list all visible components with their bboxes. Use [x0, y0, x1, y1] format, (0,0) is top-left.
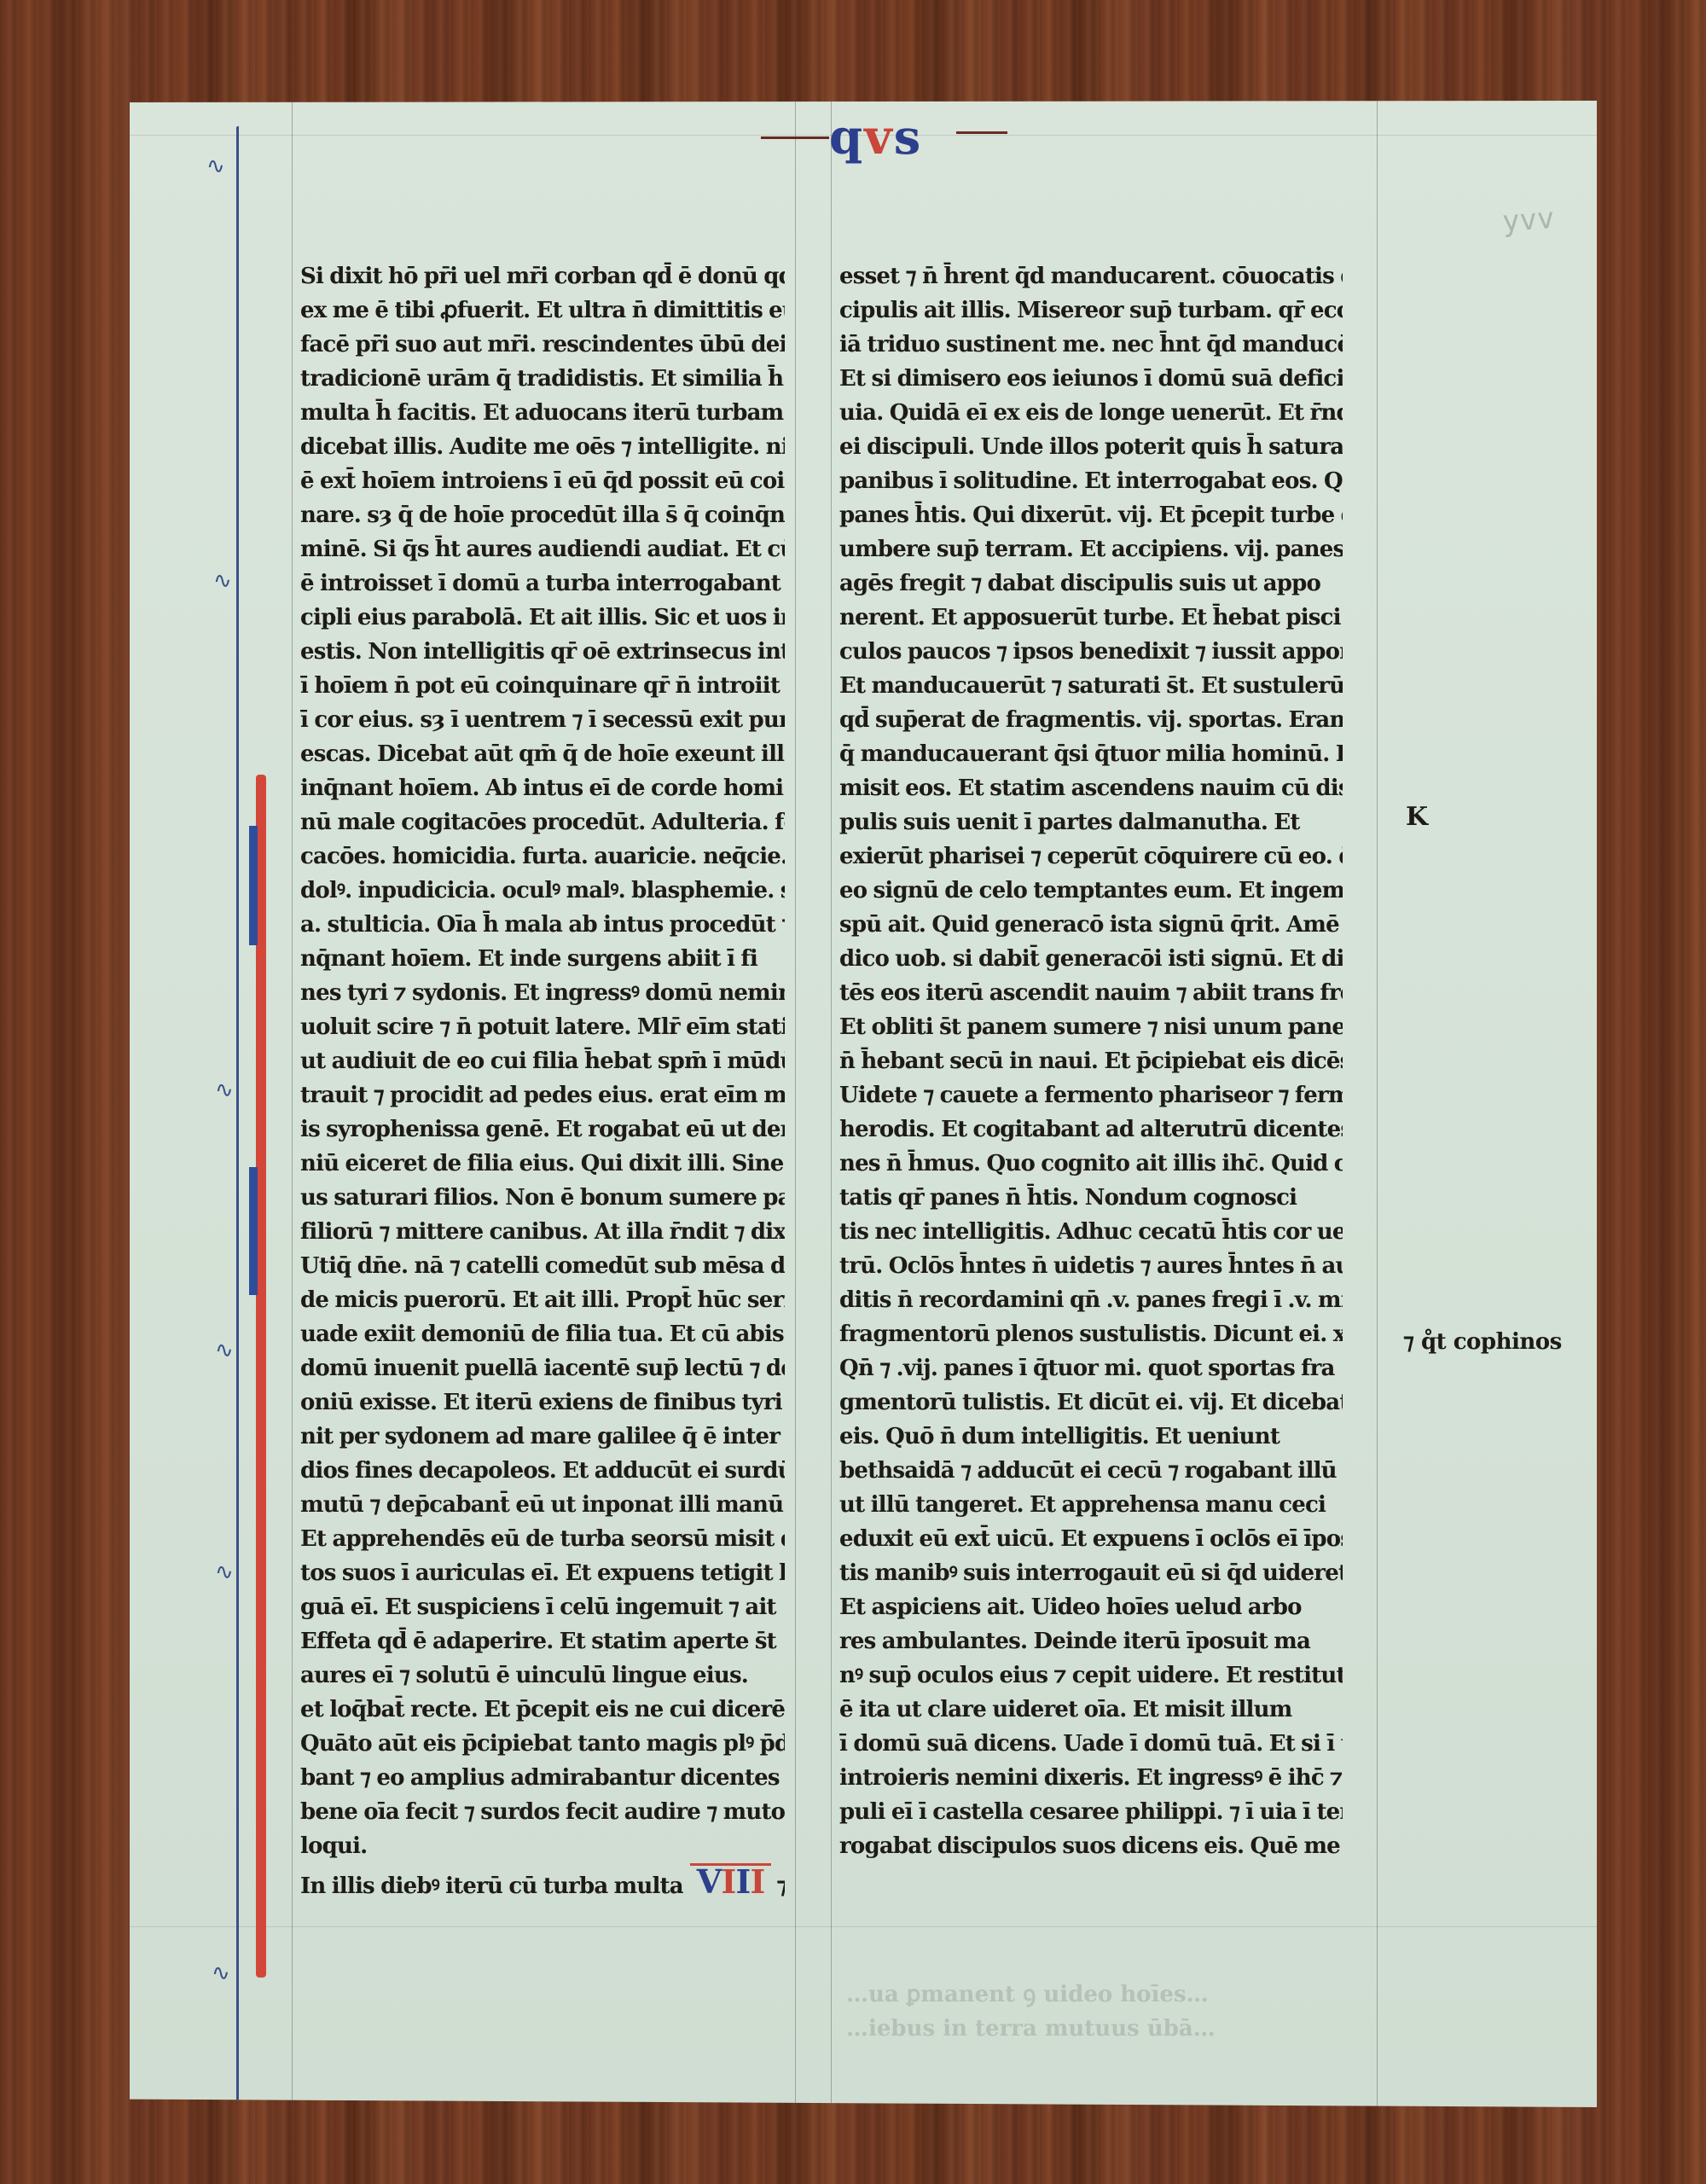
manuscript-text-line: ē introisset ī domū a turba interrogaban…: [300, 566, 785, 601]
manuscript-text-line: Utiq̄ dn̄e. nā ⁊ catelli comedūt sub mēs…: [300, 1249, 785, 1283]
manuscript-text-line: spū ait. Quid generacō ista signū q̄rit.…: [839, 908, 1343, 942]
manuscript-text-line: guā eī. Et suspiciens ī celū ingemuit ⁊ …: [300, 1590, 785, 1624]
ruling-line: [130, 1926, 1597, 1927]
manuscript-text-line: Si dixit hō pr̄i uel mr̄i corban qd̄ ē d…: [300, 259, 785, 293]
manuscript-text-line: Effeta qd̄ ē adaperire. Et statim aperte…: [300, 1624, 785, 1658]
manuscript-text-line: nꝰ sup̄ oculos eius ⁊ cepit uidere. Et r…: [839, 1658, 1343, 1693]
manuscript-text-line: et loq̄bat̄ recte. Et p̄cepit eis ne cui…: [300, 1693, 785, 1727]
filigree-curl-icon: ∿: [215, 1338, 234, 1363]
filigree-curl-icon: ∿: [206, 154, 225, 179]
manuscript-text-line: uia. Quidā eī ex eis de longe uenerūt. E…: [839, 396, 1343, 430]
manuscript-text-line: iā triduo sustinent me. nec h̄nt q̄d man…: [839, 328, 1343, 362]
manuscript-text-line: cacōes. homicidia. furta. auaricie. neq̄…: [300, 839, 785, 874]
manuscript-text-line: ut illū tangeret. Et apprehensa manu cec…: [839, 1488, 1343, 1522]
penwork-filigree: [236, 126, 242, 2123]
manuscript-text-line: nerent. Et apposuerūt turbe. Et h̄ebat p…: [839, 601, 1343, 635]
show-through-line: …ua ꝑmanent ꝯ uideo hoīes…: [846, 1978, 1324, 2012]
manuscript-text-line: misit eos. Et statim ascendens nauim cū …: [839, 771, 1343, 805]
manuscript-text-line: dolꝰ. inpudicicia. oculꝰ malꝰ. blasphemi…: [300, 874, 785, 908]
show-through-line: …iebus in terra mutuus ūbā…: [846, 2012, 1324, 2046]
manuscript-text-line: pulis suis uenit ī partes dalmanutha. Et: [839, 805, 1343, 839]
manuscript-text-line: tatis qr̄ panes n̄ h̄tis. Nondum cognosc…: [839, 1181, 1343, 1215]
manuscript-text-line: ē ext̄ hoīem introiens ī eū q̄d possit e…: [300, 464, 785, 498]
manuscript-text-line: introieris nemini dixeris. Et ingressꝰ ē…: [839, 1761, 1343, 1795]
manuscript-text-line: cipli eius parabolā. Et ait illis. Sic e…: [300, 601, 785, 635]
manuscript-text-line: herodis. Et cogitabant ad alterutrū dice…: [839, 1112, 1343, 1147]
manuscript-text-line: inq̄nant hoīem. Ab intus eī de corde hom…: [300, 771, 785, 805]
marginal-section-letter: K: [1406, 802, 1428, 832]
manuscript-text-line: trauit ⁊ procidit ad pedes eius. erat eī…: [300, 1078, 785, 1112]
chapter-line-text: In illis diebꝰ iterū cū turba multa: [300, 1873, 683, 1897]
manuscript-text-line: ī hoīem n̄ pot eū coinquinare qr̄ n̄ int…: [300, 669, 785, 703]
manuscript-text-line: dico uob. si dabit̄ generacōi isti signū…: [839, 942, 1343, 976]
manuscript-text-line: Et aspiciens ait. Uideo hoīes uelud arbo: [839, 1590, 1343, 1624]
ruling-line: [831, 101, 832, 2107]
header-letter: v: [864, 109, 894, 166]
manuscript-text-line: rogabat discipulos suos dicens eis. Quē …: [839, 1829, 1343, 1863]
manuscript-text-line: umbere sup̄ terram. Et accipiens. vij. p…: [839, 532, 1343, 566]
manuscript-text-line: panibus ī solitudine. Et interrogabat eo…: [839, 464, 1343, 498]
manuscript-text-line: Et manducauerūt ⁊ saturati s̄t. Et sustu…: [839, 669, 1343, 703]
manuscript-text-line: bene oīa fecit ⁊ surdos fecit audire ⁊ m…: [300, 1795, 785, 1829]
manuscript-text-line: facē pr̄i suo aut mr̄i. rescindentes ūbū…: [300, 328, 785, 362]
manuscript-text-line: Et obliti s̄t panem sumere ⁊ nisi unum p…: [839, 1010, 1343, 1044]
show-through-text: …ua ꝑmanent ꝯ uideo hoīes… …iebus in ter…: [846, 1978, 1324, 2046]
pencil-folio-note: yvv: [1500, 201, 1555, 239]
manuscript-text-line: is syrophenissa genē. Et rogabat eū ut d…: [300, 1112, 785, 1147]
manuscript-text-line: culos paucos ⁊ ipsos benedixit ⁊ iussit …: [839, 635, 1343, 669]
manuscript-text-line: ditis n̄ recordamini qn̄ .v. panes fregi…: [839, 1283, 1343, 1317]
manuscript-text-line: minē. Si q̄s h̄t aures audiendi audiat. …: [300, 532, 785, 566]
manuscript-text-line: nes tyri ⁊ sydonis. Et ingressꝰ domū nem…: [300, 976, 785, 1010]
manuscript-text-line: ē ita ut clare uideret oīa. Et misit ill…: [839, 1693, 1343, 1727]
manuscript-text-line: dios fines decapoleos. Et adducūt ei sur…: [300, 1454, 785, 1488]
manuscript-text-line: q̄ manducauerant q̄si q̄tuor milia homin…: [839, 737, 1343, 771]
text-column-right: esset ⁊ n̄ h̄rent q̄d manducarent. cōuoc…: [839, 259, 1343, 1863]
manuscript-text-line: mutū ⁊ dep̄cabant̄ eū ut inponat illi ma…: [300, 1488, 785, 1522]
manuscript-text-line: niū eiceret de filia eius. Qui dixit ill…: [300, 1147, 785, 1181]
manuscript-text-line: nare. sȝ q̄ de hoīe procedūt illa s̄ q̄ …: [300, 498, 785, 532]
manuscript-text-line: eduxit eū ext̄ uicū. Et expuens ī oclōs …: [839, 1522, 1343, 1556]
manuscript-text-line: us saturari filios. Non ē bonum sumere p…: [300, 1181, 785, 1215]
ruling-line: [292, 101, 293, 2107]
ruling-line: [795, 101, 796, 2107]
manuscript-text-line: Uidete ⁊ cauete a fermento phariseor ⁊ f…: [839, 1078, 1343, 1112]
manuscript-text-line: nq̄nant hoīem. Et inde surgens abiit ī f…: [300, 942, 785, 976]
initial-blue-segment: [249, 1167, 258, 1295]
text-column-left: Si dixit hō pr̄i uel mr̄i corban qd̄ ē d…: [300, 259, 785, 1897]
manuscript-text-line: eo signū de celo temptantes eum. Et inge…: [839, 874, 1343, 908]
manuscript-text-line: fragmentorū plenos sustulistis. Dicunt e…: [839, 1317, 1343, 1351]
ruling-line: [1377, 101, 1378, 2107]
manuscript-text-line: gmentorū tulistis. Et dicūt ei. vij. Et …: [839, 1385, 1343, 1420]
filigree-curl-icon: ∿: [213, 568, 232, 594]
manuscript-text-line: loqui.: [300, 1829, 785, 1863]
manuscript-text-line: nes n̄ h̄mus. Quo cognito ait illis ihc̄…: [839, 1147, 1343, 1181]
manuscript-text-line: puli eī ī castella cesaree philippi. ⁊ ī…: [839, 1795, 1343, 1829]
chapter-line-text: ⁊ loq̄: [776, 1873, 785, 1897]
manuscript-text-line: bethsaidā ⁊ adducūt ei cecū ⁊ rogabant i…: [839, 1454, 1343, 1488]
manuscript-text-line: a. stulticia. Oīa h̄ mala ab intus proce…: [300, 908, 785, 942]
manuscript-text-line: ī cor eius. sȝ ī uentrem ⁊ ī secessū exi…: [300, 703, 785, 737]
manuscript-text-line: esset ⁊ n̄ h̄rent q̄d manducarent. cōuoc…: [839, 259, 1343, 293]
decorated-initial-I: [256, 775, 266, 1978]
manuscript-leaf: q v s yvv ∿ ∿ ∿ ∿ ∿ ∿ Si dixit hō pr̄i u…: [130, 101, 1597, 2107]
manuscript-text-line: panes h̄tis. Qui dixerūt. vij. Et p̄cepi…: [839, 498, 1343, 532]
filigree-curl-icon: ∿: [212, 1960, 230, 1986]
manuscript-text-line: multa h̄ facitis. Et aduocans iterū turb…: [300, 396, 785, 430]
manuscript-text-line: Et si dimisero eos ieiunos ī domū suā de…: [839, 362, 1343, 396]
manuscript-text-line: n̄ h̄ebant secū in naui. Et p̄cipiebat e…: [839, 1044, 1343, 1078]
manuscript-text-line: uade exiit demoniū de filia tua. Et cū a…: [300, 1317, 785, 1351]
manuscript-text-line: Quāto aūt eis p̄cipiebat tanto magis plꝰ…: [300, 1727, 785, 1761]
manuscript-text-line: Et apprehendēs eū de turba seorsū misit …: [300, 1522, 785, 1556]
manuscript-text-line: bant ⁊ eo amplius admirabantur dicentes: [300, 1761, 785, 1795]
manuscript-text-line: trū. Oclōs h̄ntes n̄ uidetis ⁊ aures h̄n…: [839, 1249, 1343, 1283]
filigree-curl-icon: ∿: [215, 1560, 234, 1585]
manuscript-text-line: eis. Quō n̄ dum intelligitis. Et ueniunt: [839, 1420, 1343, 1454]
manuscript-text-line: nū male cogitacōes procedūt. Adulteria. …: [300, 805, 785, 839]
manuscript-text-line: qd̄ sup̄erat de fragmentis. vij. sportas…: [839, 703, 1343, 737]
manuscript-text-line: dicebat illis. Audite me oēs ⁊ intelligi…: [300, 430, 785, 464]
header-letter: q: [829, 109, 864, 166]
marginal-correction: ⁊ q̊t cophinos: [1403, 1329, 1562, 1355]
manuscript-text-line: tēs eos iterū ascendit nauim ⁊ abiit tra…: [839, 976, 1343, 1010]
manuscript-text-line: uoluit scire ⁊ n̄ potuit latere. Mlr̄ eī…: [300, 1010, 785, 1044]
manuscript-text-line: oniū exisse. Et iterū exiens de finibus …: [300, 1385, 785, 1420]
chapter-line: In illis diebꝰ iterū cū turba multaVIII⁊…: [300, 1863, 785, 1897]
initial-blue-segment: [249, 826, 258, 945]
manuscript-text-line: Qn̄ ⁊ .vij. panes ī q̄tuor mi. quot spor…: [839, 1351, 1343, 1385]
manuscript-text-line: cipulis ait illis. Misereor sup̄ turbam.…: [839, 293, 1343, 328]
manuscript-text-line: tis nec intelligitis. Adhuc cecatū h̄tis…: [839, 1215, 1343, 1249]
manuscript-text-line: estis. Non intelligitis qr̄ oē extrinsec…: [300, 635, 785, 669]
manuscript-text-line: aures eī ⁊ solutū ē uinculū lingue eius.: [300, 1658, 785, 1693]
filigree-curl-icon: ∿: [215, 1077, 234, 1103]
header-flourish: [956, 131, 1007, 134]
manuscript-text-line: exierūt pharisei ⁊ ceperūt cōquirere cū …: [839, 839, 1343, 874]
header-flourish: [761, 136, 829, 139]
manuscript-text-line: res ambulantes. Deinde iterū īposuit ma: [839, 1624, 1343, 1658]
manuscript-text-line: escas. Dicebat aūt qm̄ q̄ de hoīe exeunt…: [300, 737, 785, 771]
running-header: q v s: [761, 109, 1007, 169]
manuscript-text-line: ex me ē tibi ꝓfuerit. Et ultra n̄ dimitt…: [300, 293, 785, 328]
manuscript-text-line: domū inuenit puellā iacentē sup̄ lectū ⁊…: [300, 1351, 785, 1385]
manuscript-text-line: agēs fregit ⁊ dabat discipulis suis ut a…: [839, 566, 1343, 601]
manuscript-text-line: tos suos ī auriculas eī. Et expuens teti…: [300, 1556, 785, 1590]
manuscript-text-line: tradicionē urām q̄ tradidistis. Et simil…: [300, 362, 785, 396]
header-letter: s: [894, 109, 923, 166]
manuscript-text-line: nit per sydonem ad mare galilee q̄ ē int…: [300, 1420, 785, 1454]
manuscript-text-line: ut audiuit de eo cui filia h̄ebat spm̄ ī…: [300, 1044, 785, 1078]
manuscript-text-line: de micis puerorū. Et ait illi. Propt̄ hū…: [300, 1283, 785, 1317]
chapter-number: VIII: [690, 1863, 772, 1897]
manuscript-text-line: ī domū suā dicens. Uade ī domū tuā. Et s…: [839, 1727, 1343, 1761]
manuscript-text-line: filiorū ⁊ mittere canibus. At illa r̄ndi…: [300, 1215, 785, 1249]
manuscript-text-line: ei discipuli. Unde illos poterit quis h̄…: [839, 430, 1343, 464]
manuscript-text-line: tis manibꝰ suis interrogauit eū si q̄d u…: [839, 1556, 1343, 1590]
